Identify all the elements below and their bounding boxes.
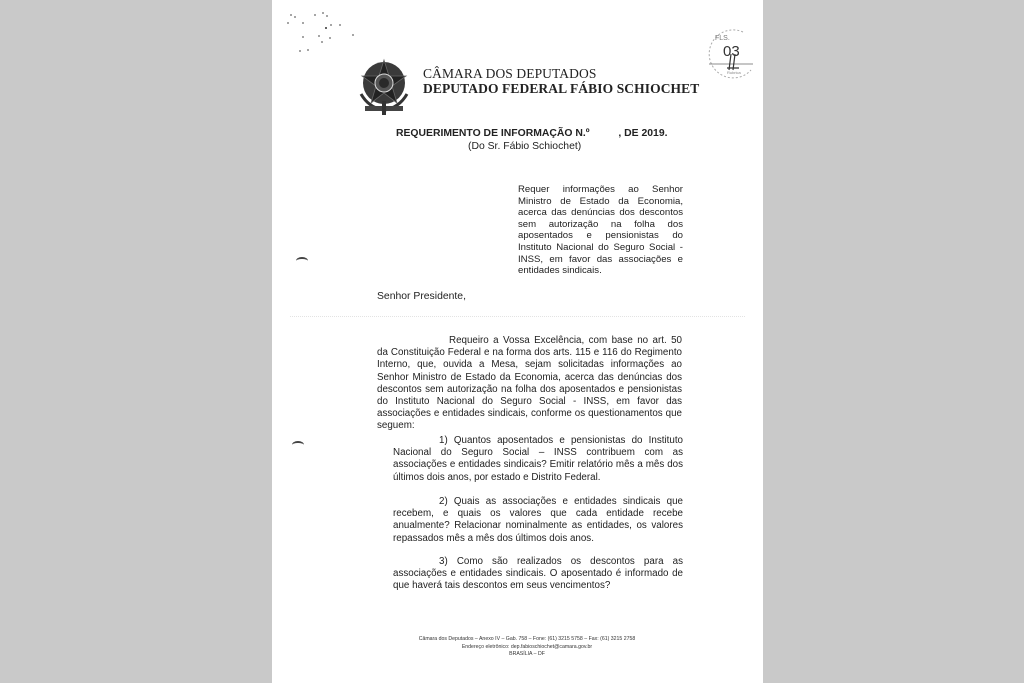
- fold-line: [290, 316, 745, 317]
- svg-text:FLS.: FLS.: [715, 35, 730, 42]
- question-item: 3) Como são realizados os descontos para…: [393, 556, 683, 593]
- document-page: CÂMARA DOS DEPUTADOS DEPUTADO FEDERAL FÁ…: [272, 0, 763, 683]
- document-author: (Do Sr. Fábio Schiochet): [468, 141, 581, 152]
- letterhead: CÂMARA DOS DEPUTADOS DEPUTADO FEDERAL FÁ…: [423, 66, 699, 96]
- footer-city: BRASÍLIA – DF: [372, 651, 682, 659]
- request-body: Requeiro a Vossa Excelência, com base no…: [377, 335, 682, 433]
- letterhead-footer: Câmara dos Deputados – Anexo IV – Gab. 7…: [372, 636, 682, 659]
- institution-name: CÂMARA DOS DEPUTADOS: [423, 66, 699, 81]
- svg-text:Rubrica: Rubrica: [727, 70, 742, 75]
- stamp-number: 03: [723, 43, 740, 60]
- document-title: REQUERIMENTO DE INFORMAÇÃO N.º , DE 2019…: [396, 128, 668, 139]
- brazil-coat-of-arms-icon: [355, 56, 413, 116]
- salutation: Senhor Presidente,: [377, 291, 466, 302]
- office-name: DEPUTADO FEDERAL FÁBIO SCHIOCHET: [423, 81, 699, 96]
- document-summary: Requer informações ao Senhor Ministro de…: [518, 184, 683, 277]
- question-item: 2) Quais as associações e entidades sind…: [393, 496, 683, 545]
- punch-hole-mark: [296, 257, 308, 265]
- footer-address: Câmara dos Deputados – Anexo IV – Gab. 7…: [372, 636, 682, 644]
- punch-hole-mark: [292, 441, 304, 449]
- question-item: 1) Quantos aposentados e pensionistas do…: [393, 435, 683, 484]
- page-number-stamp-icon: FLS. 03 Rubrica: [703, 26, 757, 90]
